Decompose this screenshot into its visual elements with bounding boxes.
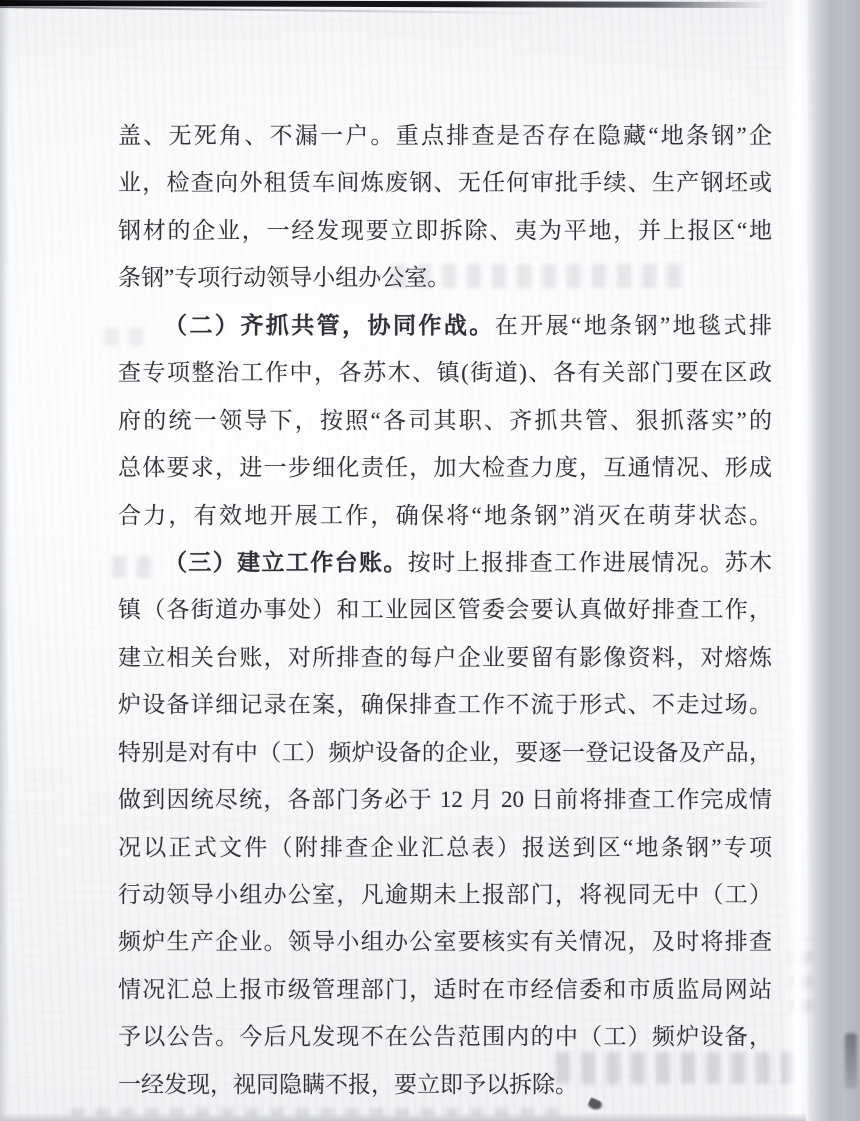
paragraph-3: （三）建立工作台账。按时上报排查工作进展情况。苏木 镇（各街道办事处）和工业园区… [118, 539, 772, 1108]
line-text: 镇（各街道办事处）和工业园区管委会要认真做好排查工作， [118, 597, 772, 622]
line-text: 建立相关台账，对所排查的每户企业要留有影像资料，对熔炼 [118, 645, 772, 670]
paragraph-1: 盖、无死角、不漏一户。重点排查是否存在隐藏“地条钢”企 业，检查向外租赁车间炼废… [118, 112, 772, 302]
document-line: 建立相关台账，对所排查的每户企业要留有影像资料，对熔炼 [118, 634, 772, 681]
document-line: 一经发现，视同隐瞒不报，要立即予以拆除。 [118, 1061, 772, 1108]
line-text: 合力，有效地开展工作，确保将“地条钢”消灭在萌芽状态。 [118, 503, 772, 528]
page-curl-highlight [784, 0, 808, 1121]
line-text: 查专项整治工作中，各苏木、镇(街道)、各有关部门要在区政 [118, 360, 772, 385]
scanned-page: 盖、无死角、不漏一户。重点排查是否存在隐藏“地条钢”企 业，检查向外租赁车间炼废… [0, 0, 860, 1121]
bottom-scan-edge [0, 1113, 806, 1121]
document-line: 予以公告。今后凡发现不在公告范围内的中（工）频炉设备， [118, 1013, 772, 1060]
document-line: 钢材的企业，一经发现要立即拆除、夷为平地，并上报区“地 [118, 207, 772, 254]
document-line: 行动领导小组办公室，凡逾期未上报部门，将视同无中（工） [118, 871, 772, 918]
document-line: 盖、无死角、不漏一户。重点排查是否存在隐藏“地条钢”企 [118, 112, 772, 159]
paragraph-2: （二）齐抓共管，协同作战。在开展“地条钢”地毯式排 查专项整治工作中，各苏木、镇… [118, 302, 772, 539]
left-scan-edge [0, 0, 9, 1121]
scan-artifact-streak [845, 1033, 857, 1089]
line-text: 炉设备详细记录在案，确保排查工作不流于形式、不走过场。 [118, 692, 772, 717]
line-text: 条钢”专项行动领导小组办公室。 [118, 265, 450, 290]
line-text: 特别是对有中（工）频炉设备的企业，要逐一登记设备及产品， [118, 740, 772, 765]
line-text: 盖、无死角、不漏一户。重点排查是否存在隐藏“地条钢”企 [118, 123, 772, 148]
line-text: 行动领导小组办公室，凡逾期未上报部门，将视同无中（工） [118, 882, 772, 907]
document-line: 条钢”专项行动领导小组办公室。 [118, 254, 772, 301]
document-line-heading: （三）建立工作台账。按时上报排查工作进展情况。苏木 [118, 539, 772, 586]
document-line: 府的统一领导下，按照“各司其职、齐抓共管、狠抓落实”的 [118, 397, 772, 444]
right-page-curl-shadow [806, 0, 860, 1121]
line-bold-text: （二）齐抓共管，协同作战。 [164, 313, 495, 338]
document-line: 特别是对有中（工）频炉设备的企业，要逐一登记设备及产品， [118, 729, 772, 776]
line-text: 况以正式文件（附排查企业汇总表）报送到区“地条钢”专项 [118, 835, 772, 860]
document-line: 况以正式文件（附排查企业汇总表）报送到区“地条钢”专项 [118, 824, 772, 871]
document-line: 业，检查向外租赁车间炼废钢、无任何审批手续、生产钢坯或 [118, 159, 772, 206]
document-line: 情况汇总上报市级管理部门，适时在市经信委和市质监局网站 [118, 966, 772, 1013]
document-line: 查专项整治工作中，各苏木、镇(街道)、各有关部门要在区政 [118, 349, 772, 396]
line-text: 按时上报排查工作进展情况。苏木 [408, 550, 772, 575]
line-text: 钢材的企业，一经发现要立即拆除、夷为平地，并上报区“地 [118, 218, 772, 243]
document-line: 做到因统尽统，各部门务必于 12 月 20 日前将排查工作完成情 [118, 776, 772, 823]
line-text: 总体要求，进一步细化责任，加大检查力度，互通情况、形成 [118, 455, 772, 480]
line-text: 情况汇总上报市级管理部门，适时在市经信委和市质监局网站 [118, 977, 772, 1002]
line-text: 做到因统尽统，各部门务必于 12 月 20 日前将排查工作完成情 [118, 787, 772, 812]
document-line-heading: （二）齐抓共管，协同作战。在开展“地条钢”地毯式排 [118, 302, 772, 349]
line-text: 府的统一领导下，按照“各司其职、齐抓共管、狠抓落实”的 [118, 408, 772, 433]
top-scan-edge-line [0, 6, 560, 14]
document-line: 镇（各街道办事处）和工业园区管委会要认真做好排查工作， [118, 586, 772, 633]
document-body: 盖、无死角、不漏一户。重点排查是否存在隐藏“地条钢”企 业，检查向外租赁车间炼废… [118, 112, 772, 1108]
line-text: 频炉生产企业。领导小组办公室要核实有关情况，及时将排查 [118, 929, 772, 954]
document-line: 合力，有效地开展工作，确保将“地条钢”消灭在萌芽状态。 [118, 492, 772, 539]
document-line: 总体要求，进一步细化责任，加大检查力度，互通情况、形成 [118, 444, 772, 491]
document-line: 炉设备详细记录在案，确保排查工作不流于形式、不走过场。 [118, 681, 772, 728]
line-text: 予以公告。今后凡发现不在公告范围内的中（工）频炉设备， [118, 1024, 772, 1049]
document-line: 频炉生产企业。领导小组办公室要核实有关情况，及时将排查 [118, 918, 772, 965]
line-text: 一经发现，视同隐瞒不报，要立即予以拆除。 [118, 1072, 578, 1097]
line-text: 业，检查向外租赁车间炼废钢、无任何审批手续、生产钢坯或 [118, 170, 772, 195]
line-bold-text: （三）建立工作台账。 [164, 550, 408, 575]
line-text: 在开展“地条钢”地毯式排 [495, 313, 772, 338]
